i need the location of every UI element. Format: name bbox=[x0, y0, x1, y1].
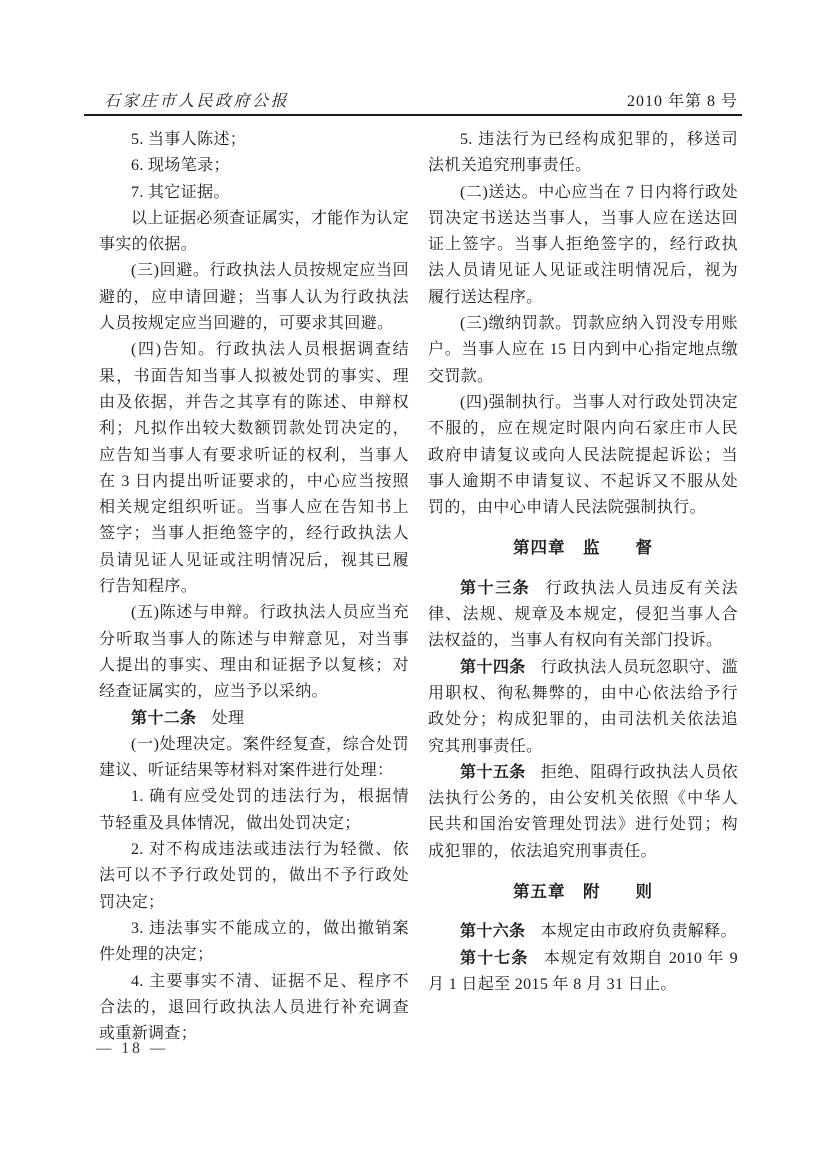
gazette-page: 石家庄市人民政府公报 2010 年第 8 号 5. 当事人陈述； 6. 现场笔录… bbox=[0, 0, 826, 1169]
paragraph: 第十四条行政执法人员玩忽职守、滥用职权、徇私舞弊的，由中心依法给予行政处分；构成… bbox=[428, 655, 738, 760]
paragraph: (三)缴纳罚款。罚款应纳入罚没专用账户。当事人应在 15 日内到中心指定地点缴交… bbox=[428, 311, 738, 390]
paragraph-text: 2. 对不构成违法或违法行为轻微、依法可以不予行政处罚的，做出不予行政处罚决定； bbox=[99, 841, 409, 911]
article-term: 第十五条 bbox=[460, 764, 526, 781]
paragraph: (二)送达。中心应当在 7 日内将行政处罚决定书送达当事人，当事人应在送达回证上… bbox=[428, 180, 738, 311]
article-term: 第十三条 bbox=[460, 580, 530, 597]
paragraph-text: (四)告知。行政执法人员根据调查结果，书面告知当事人拟被处罚的事实、理由及依据，… bbox=[99, 341, 409, 595]
paragraph-text: 5. 当事人陈述； bbox=[131, 131, 246, 148]
paragraph-text: (三)缴纳罚款。罚款应纳入罚没专用账户。当事人应在 15 日内到中心指定地点缴交… bbox=[428, 315, 738, 385]
paragraph: 2. 对不构成违法或违法行为轻微、依法可以不予行政处罚的，做出不予行政处罚决定； bbox=[99, 837, 409, 916]
paragraph-text: 5. 违法行为已经构成犯罪的，移送司法机关追究刑事责任。 bbox=[428, 131, 738, 174]
article-term: 第十七条 bbox=[460, 950, 529, 967]
page-footer: — 18 — bbox=[96, 1040, 168, 1058]
chapter-heading-4: 第四章 监 督 bbox=[428, 535, 738, 561]
paragraph: 5. 当事人陈述； bbox=[99, 127, 409, 153]
paragraph-text: 1. 确有应受处罚的违法行为，根据情节轻重及具体情况，做出处罚决定； bbox=[99, 788, 409, 831]
paragraph: 3. 违法事实不能成立的，做出撤销案件处理的决定； bbox=[99, 916, 409, 969]
paragraph: (一)处理决定。案件经复查，综合处罚建议、听证结果等材料对案件进行处理： bbox=[99, 732, 409, 785]
paragraph: 1. 确有应受处罚的违法行为，根据情节轻重及具体情况，做出处罚决定； bbox=[99, 784, 409, 837]
paragraph: 第十三条行政执法人员违反有关法律、法规、规章及本规定，侵犯当事人合法权益的，当事… bbox=[428, 576, 738, 655]
paragraph-text: (三)回避。行政执法人员按规定应当回避的，应申请回避；当事人认为行政执法人员按规… bbox=[99, 262, 409, 332]
chapter-heading-5: 第五章 附 则 bbox=[428, 879, 738, 905]
paragraph: 第十六条本规定由市政府负责解释。 bbox=[428, 919, 738, 945]
page-header: 石家庄市人民政府公报 2010 年第 8 号 bbox=[104, 88, 738, 111]
paragraph-text: 处理 bbox=[212, 710, 245, 727]
paragraph: 以上证据必须查证属实，才能作为认定事实的依据。 bbox=[99, 206, 409, 259]
issue-number: 2010 年第 8 号 bbox=[627, 88, 738, 111]
paragraph-text: 本规定由市政府负责解释。 bbox=[541, 923, 737, 940]
paragraph: (四)告知。行政执法人员根据调查结果，书面告知当事人拟被处罚的事实、理由及依据，… bbox=[99, 337, 409, 600]
right-column: 5. 违法行为已经构成犯罪的，移送司法机关追究刑事责任。 (二)送达。中心应当在… bbox=[428, 127, 738, 1047]
paragraph-text: (一)处理决定。案件经复查，综合处罚建议、听证结果等材料对案件进行处理： bbox=[99, 736, 409, 779]
paragraph-text: (五)陈述与申辩。行政执法人员应当充分听取当事人的陈述与申辩意见，对当事人提出的… bbox=[99, 604, 409, 700]
document-body: 5. 当事人陈述； 6. 现场笔录； 7. 其它证据。 以上证据必须查证属实，才… bbox=[99, 127, 738, 1047]
article-term: 第十六条 bbox=[460, 923, 525, 940]
paragraph: 6. 现场笔录； bbox=[99, 153, 409, 179]
paragraph-text: 6. 现场笔录； bbox=[131, 157, 230, 174]
paragraph: (五)陈述与申辩。行政执法人员应当充分听取当事人的陈述与申辩意见，对当事人提出的… bbox=[99, 600, 409, 705]
article-12-heading: 第十二条处理 bbox=[99, 706, 409, 732]
paragraph-text: 以上证据必须查证属实，才能作为认定事实的依据。 bbox=[99, 210, 409, 253]
article-term: 第十二条 bbox=[131, 710, 196, 727]
paragraph-text: 4. 主要事实不清、证据不足、程序不合法的，退回行政执法人员进行补充调查或重新调… bbox=[99, 973, 409, 1043]
paragraph: (四)强制执行。当事人对行政处罚决定不服的，应在规定时限内向石家庄市人民政府申请… bbox=[428, 390, 738, 521]
paragraph-text: (四)强制执行。当事人对行政处罚决定不服的，应在规定时限内向石家庄市人民政府申请… bbox=[428, 394, 738, 516]
publication-title: 石家庄市人民政府公报 bbox=[104, 88, 289, 111]
paragraph: 4. 主要事实不清、证据不足、程序不合法的，退回行政执法人员进行补充调查或重新调… bbox=[99, 969, 409, 1048]
article-term: 第十四条 bbox=[460, 659, 526, 676]
paragraph-text: 7. 其它证据。 bbox=[131, 184, 230, 201]
paragraph: 第十七条本规定有效期自 2010 年 9 月 1 日起至 2015 年 8 月 … bbox=[428, 946, 738, 999]
paragraph: 第十五条拒绝、阻碍行政执法人员依法执行公务的，由公安机关依照《中华人民共和国治安… bbox=[428, 760, 738, 865]
paragraph: (三)回避。行政执法人员按规定应当回避的，应申请回避；当事人认为行政执法人员按规… bbox=[99, 258, 409, 337]
page-number: — 18 — bbox=[96, 1040, 168, 1057]
left-column: 5. 当事人陈述； 6. 现场笔录； 7. 其它证据。 以上证据必须查证属实，才… bbox=[99, 127, 409, 1047]
paragraph-text: (二)送达。中心应当在 7 日内将行政处罚决定书送达当事人，当事人应在送达回证上… bbox=[428, 184, 738, 306]
paragraph-text: 3. 违法事实不能成立的，做出撤销案件处理的决定； bbox=[99, 920, 409, 963]
header-rule bbox=[84, 114, 742, 116]
paragraph: 7. 其它证据。 bbox=[99, 180, 409, 206]
paragraph: 5. 违法行为已经构成犯罪的，移送司法机关追究刑事责任。 bbox=[428, 127, 738, 180]
